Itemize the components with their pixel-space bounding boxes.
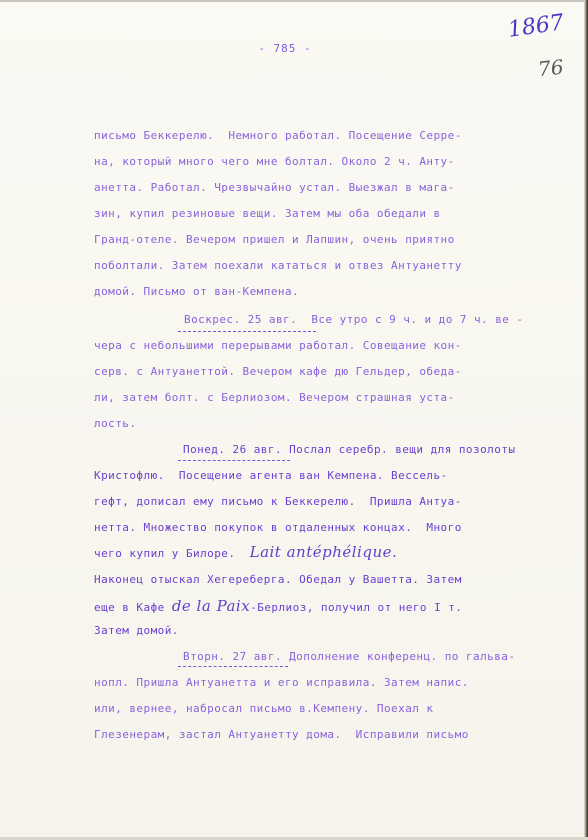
diary-entry-first-line: Вторн. 27 авг. Дополнение конференц. по … — [183, 650, 515, 663]
handwritten-annotation: de la Paix — [172, 597, 250, 615]
text-line: Гранд-отеле. Вечером пришел и Лапшин, оч… — [94, 233, 455, 246]
text-line: ли, затем болт. с Берлиозом. Вечером стр… — [94, 391, 455, 404]
text-line: анетта. Работал. Чрезвычайно устал. Выез… — [94, 181, 455, 194]
page-number: - 785 - — [240, 42, 330, 55]
text-line: нетта. Множество покупок в отдаленных ко… — [94, 521, 462, 534]
text-line: домой. Письмо от ван-Кемпена. — [94, 285, 299, 298]
page-top-edge — [0, 0, 588, 2]
date-underline — [178, 331, 316, 332]
handwritten-annotation: Lait antéphélique. — [250, 543, 398, 561]
text-line: на, который много чего мне болтал. Около… — [94, 155, 455, 168]
text-segment: Дополнение конференц. по гальва- — [282, 650, 515, 663]
text-line: чера с небольшими перерывами работал. Со… — [94, 339, 462, 352]
text-line: гефт, дописал ему письмо к Беккерелю. Пр… — [94, 495, 462, 508]
text-line: серв. с Антуанеттой. Вечером кафе дю Гел… — [94, 365, 462, 378]
text-line: письмо Беккерелю. Немного работал. Посещ… — [94, 129, 462, 142]
text-line-with-handwriting: еще в Кафе de la Paix-Берлиоз, получил о… — [94, 597, 462, 615]
diary-entry-first-line: Понед. 26 авг. Послал серебр. вещи для п… — [183, 443, 515, 456]
text-segment: еще в Кафе — [94, 601, 172, 614]
text-segment: Послал серебр. вещи для позолоты — [282, 443, 515, 456]
text-segment: Все утро с 9 ч. и до 7 ч. ве - — [297, 313, 523, 326]
page-right-edge — [584, 0, 588, 840]
text-line: лость. — [94, 417, 136, 430]
document-page: - 785 - 1867 76 письмо Беккерелю. Немног… — [0, 0, 588, 840]
text-segment: чего купил у Билоре. — [94, 547, 250, 560]
diary-entry-first-line: Воскрес. 25 авг. Все утро с 9 ч. и до 7 … — [184, 313, 524, 326]
handwritten-year: 1867 — [507, 10, 566, 43]
entry-date: Воскрес. 25 авг. — [184, 313, 297, 326]
text-line-with-handwriting: чего купил у Билоре. Lait antéphélique. — [94, 543, 397, 561]
text-line: или, вернее, набросал письмо в.Кемпену. … — [94, 702, 433, 715]
text-line: Кристофлю. Посещение агента ван Кемпена.… — [94, 469, 448, 482]
entry-date: Вторн. 27 авг. — [183, 650, 282, 663]
text-line: нопл. Пришла Антуанетта и его исправила.… — [94, 676, 469, 689]
text-line: Наконец отыскал Хегереберга. Обедал у Ва… — [94, 573, 462, 586]
entry-date: Понед. 26 авг. — [183, 443, 282, 456]
date-underline — [178, 666, 288, 667]
text-segment: -Берлиоз, получил от него I т. — [250, 601, 462, 614]
text-line: поболтали. Затем поехали кататься и отве… — [94, 259, 462, 272]
date-underline — [178, 460, 290, 461]
text-line: зин, купил резиновые вещи. Затем мы оба … — [94, 207, 441, 220]
handwritten-folio-number: 76 — [537, 55, 565, 82]
text-line: Глезенерам, застал Антуанетту дома. Испр… — [94, 728, 469, 741]
text-line: Затем домой. — [94, 624, 179, 637]
